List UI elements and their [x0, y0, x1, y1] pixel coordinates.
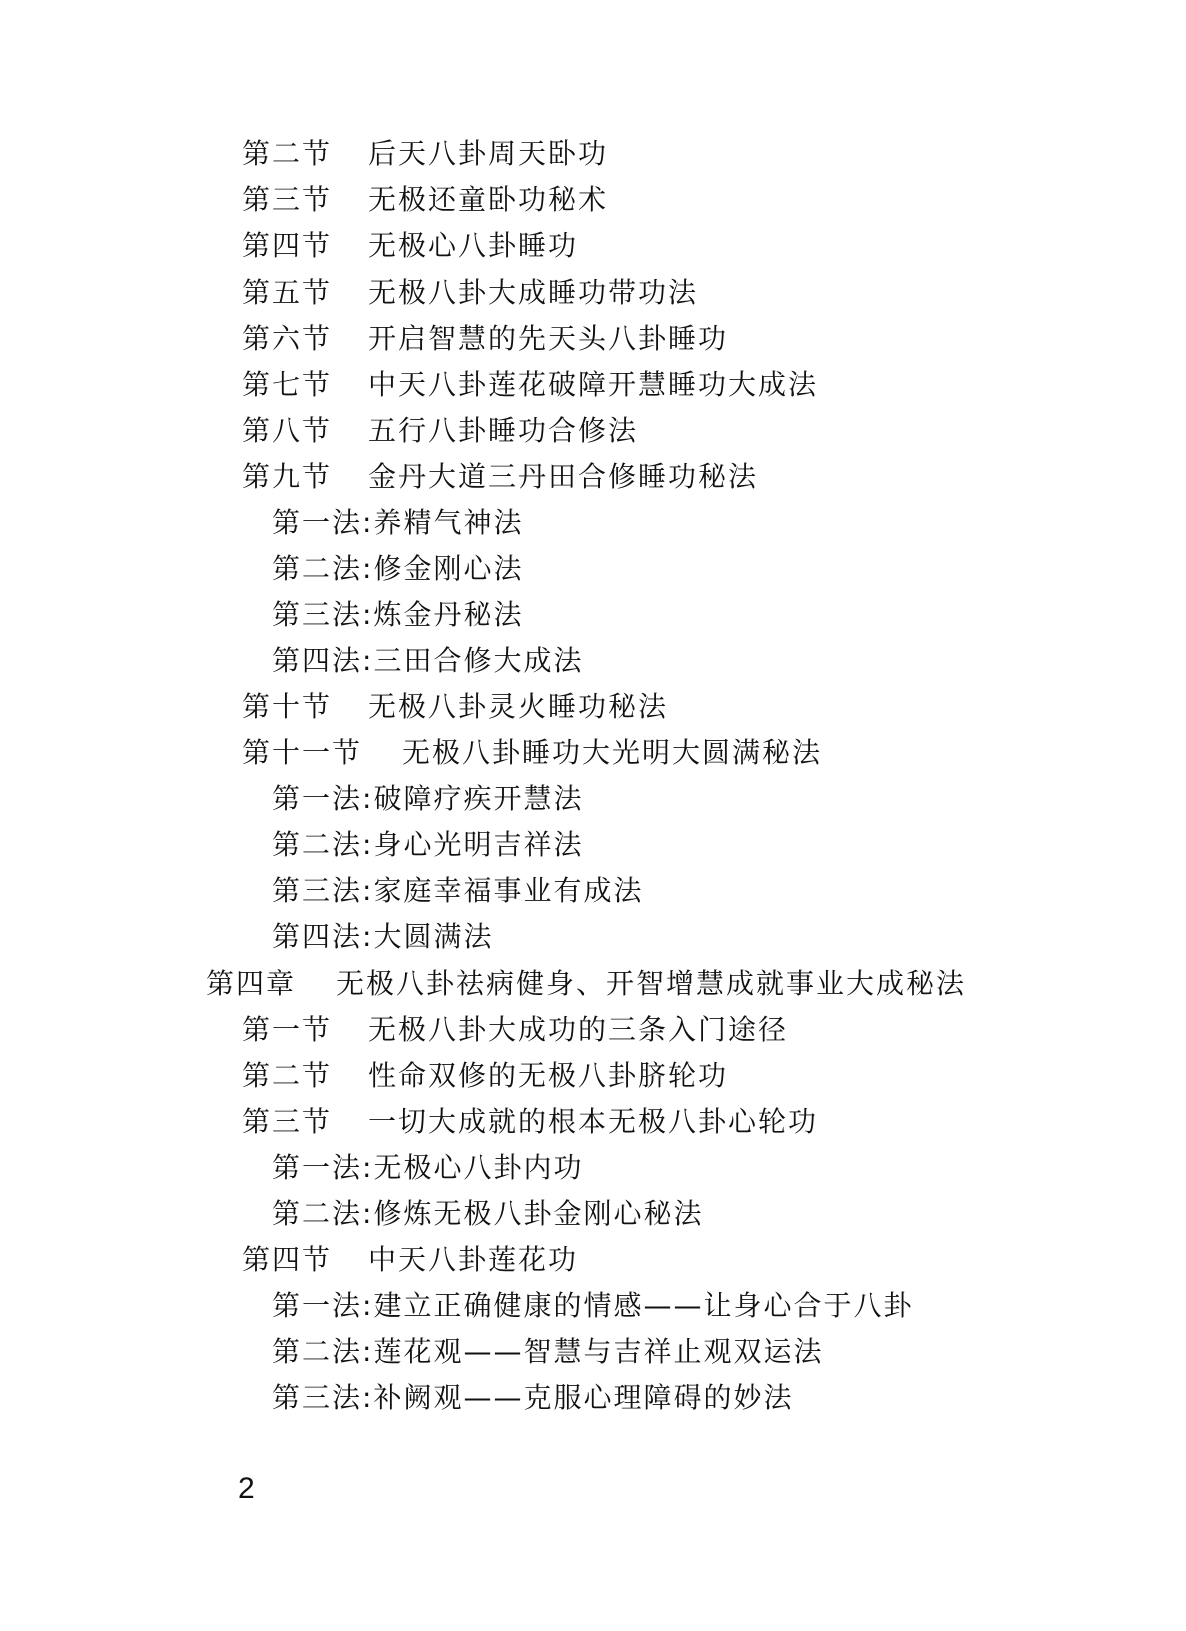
toc-entry-title: 无极心八卦内功 — [373, 1151, 583, 1184]
toc-entry-section: 第四节中天八卦莲花功 — [242, 1243, 578, 1277]
toc-entry-section: 第三节一切大成就的根本无极八卦心轮功 — [242, 1105, 818, 1139]
toc-entry-method: 第三法:补阙观——克服心理障碍的妙法 — [272, 1381, 793, 1415]
toc-entry-number: 第七节 — [242, 368, 368, 402]
toc-entry-number: 第二法: — [272, 552, 373, 586]
toc-entry-section: 第二节性命双修的无极八卦脐轮功 — [242, 1059, 728, 1093]
toc-entry-title: 无极八卦灵火睡功秘法 — [368, 690, 668, 723]
toc-entry-section: 第五节无极八卦大成睡功带功法 — [242, 276, 698, 310]
toc-entry-number: 第一法: — [272, 1289, 373, 1323]
toc-entry-title: 大圆满法 — [373, 920, 493, 953]
toc-entry-title: 性命双修的无极八卦脐轮功 — [368, 1059, 728, 1092]
toc-entry-title: 一切大成就的根本无极八卦心轮功 — [368, 1105, 818, 1138]
toc-entry-title: 后天八卦周天卧功 — [368, 137, 608, 170]
toc-entry-method: 第一法:破障疗疾开慧法 — [272, 782, 583, 816]
toc-entry-number: 第九节 — [242, 460, 368, 494]
toc-entry-number: 第三节 — [242, 183, 368, 217]
toc-entry-title: 中天八卦莲花功 — [368, 1243, 578, 1276]
page-number: 2 — [238, 1472, 255, 1506]
toc-entry-title: 五行八卦睡功合修法 — [368, 414, 638, 447]
toc-entry-number: 第一法: — [272, 782, 373, 816]
toc-entry-method: 第一法:无极心八卦内功 — [272, 1151, 583, 1185]
toc-entry-title: 修炼无极八卦金刚心秘法 — [373, 1197, 703, 1230]
toc-entry-number: 第二节 — [242, 1059, 368, 1093]
toc-entry-section: 第二节后天八卦周天卧功 — [242, 137, 608, 171]
toc-entry-number: 第一法: — [272, 506, 373, 540]
toc-entry-number: 第二节 — [242, 137, 368, 171]
toc-entry-number: 第五节 — [242, 276, 368, 310]
toc-entry-number: 第六节 — [242, 322, 368, 356]
toc-entry-title: 修金刚心法 — [373, 552, 523, 585]
toc-entry-number: 第三法: — [272, 874, 373, 908]
toc-entry-section: 第六节开启智慧的先天头八卦睡功 — [242, 322, 728, 356]
toc-entry-title: 无极八卦大成睡功带功法 — [368, 276, 698, 309]
toc-entry-method: 第一法:养精气神法 — [272, 506, 523, 540]
toc-entry-method: 第四法:大圆满法 — [272, 920, 493, 954]
toc-entry-title: 破障疗疾开慧法 — [373, 782, 583, 815]
toc-entry-method: 第二法:修金刚心法 — [272, 552, 523, 586]
toc-entry-title: 金丹大道三丹田合修睡功秘法 — [368, 460, 758, 493]
toc-entry-number: 第四法: — [272, 920, 373, 954]
toc-entry-section: 第七节中天八卦莲花破障开慧睡功大成法 — [242, 368, 818, 402]
toc-entry-section: 第十节无极八卦灵火睡功秘法 — [242, 690, 668, 724]
toc-entry-method: 第四法:三田合修大成法 — [272, 644, 583, 678]
toc-entry-number: 第四法: — [272, 644, 373, 678]
toc-entry-method: 第二法:莲花观——智慧与吉祥止观双运法 — [272, 1335, 823, 1369]
toc-entry-method: 第一法:建立正确健康的情感——让身心合于八卦 — [272, 1289, 913, 1323]
toc-entry-title: 三田合修大成法 — [373, 644, 583, 677]
toc-entry-title: 开启智慧的先天头八卦睡功 — [368, 322, 728, 355]
toc-entry-method: 第二法:身心光明吉祥法 — [272, 828, 583, 862]
toc-entry-number: 第十一节 — [242, 736, 402, 770]
toc-entry-method: 第三法:家庭幸福事业有成法 — [272, 874, 643, 908]
toc-entry-number: 第八节 — [242, 414, 368, 448]
toc-entry-title: 无极八卦睡功大光明大圆满秘法 — [402, 736, 822, 769]
toc-entry-title: 建立正确健康的情感——让身心合于八卦 — [373, 1289, 913, 1322]
toc-entry-title: 养精气神法 — [373, 506, 523, 539]
toc-entry-title: 家庭幸福事业有成法 — [373, 874, 643, 907]
toc-entry-number: 第三法: — [272, 1381, 373, 1415]
toc-entry-number: 第十节 — [242, 690, 368, 724]
toc-entry-title: 炼金丹秘法 — [373, 598, 523, 631]
toc-entry-method: 第二法:修炼无极八卦金刚心秘法 — [272, 1197, 703, 1231]
toc-entry-title: 身心光明吉祥法 — [373, 828, 583, 861]
toc-entry-title: 补阙观——克服心理障碍的妙法 — [373, 1381, 793, 1414]
toc-entry-number: 第三节 — [242, 1105, 368, 1139]
toc-entry-section: 第八节五行八卦睡功合修法 — [242, 414, 638, 448]
toc-entry-section-wide: 第十一节无极八卦睡功大光明大圆满秘法 — [242, 736, 822, 770]
toc-entry-method: 第三法:炼金丹秘法 — [272, 598, 523, 632]
toc-entry-number: 第四节 — [242, 1243, 368, 1277]
toc-entry-section: 第四节无极心八卦睡功 — [242, 229, 578, 263]
toc-entry-section: 第一节无极八卦大成功的三条入门途径 — [242, 1013, 788, 1047]
toc-entry-number: 第一节 — [242, 1013, 368, 1047]
toc-entry-chapter: 第四章无极八卦祛病健身、开智增慧成就事业大成秘法 — [206, 967, 966, 1001]
toc-entry-number: 第二法: — [272, 828, 373, 862]
toc-entry-number: 第三法: — [272, 598, 373, 632]
toc-entry-title: 无极心八卦睡功 — [368, 229, 578, 262]
toc-entry-number: 第四节 — [242, 229, 368, 263]
toc-entry-title: 莲花观——智慧与吉祥止观双运法 — [373, 1335, 823, 1368]
toc-entry-number: 第四章 — [206, 967, 336, 1001]
toc-entry-number: 第二法: — [272, 1197, 373, 1231]
toc-entry-section: 第三节无极还童卧功秘术 — [242, 183, 608, 217]
toc-entry-title: 中天八卦莲花破障开慧睡功大成法 — [368, 368, 818, 401]
toc-entry-number: 第二法: — [272, 1335, 373, 1369]
toc-entry-title: 无极八卦大成功的三条入门途径 — [368, 1013, 788, 1046]
toc-entry-section: 第九节金丹大道三丹田合修睡功秘法 — [242, 460, 758, 494]
toc-entry-title: 无极八卦祛病健身、开智增慧成就事业大成秘法 — [336, 967, 966, 1000]
toc-entry-number: 第一法: — [272, 1151, 373, 1185]
toc-entry-title: 无极还童卧功秘术 — [368, 183, 608, 216]
